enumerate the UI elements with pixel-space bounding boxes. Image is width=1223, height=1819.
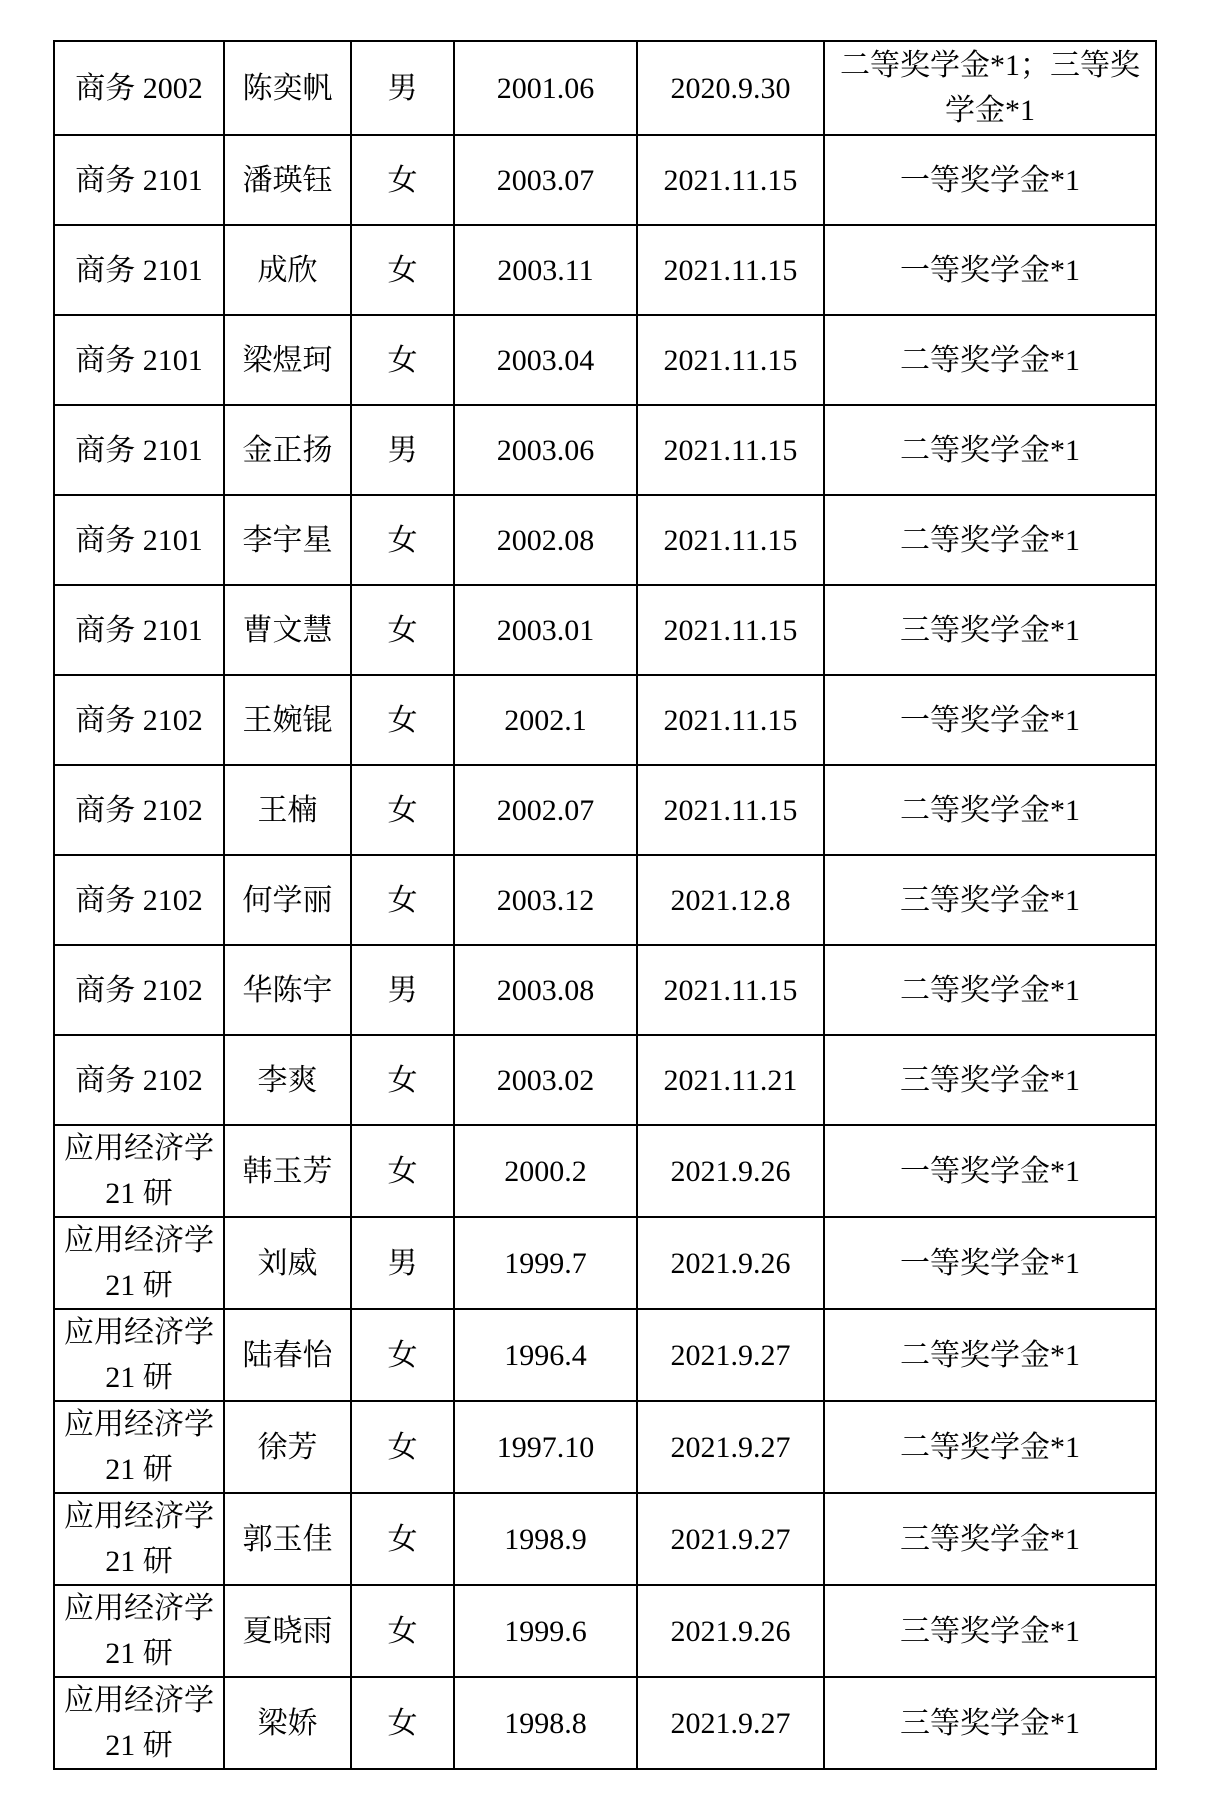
cell-name: 梁煜珂 [224,315,351,405]
cell-birth: 1997.10 [454,1401,637,1493]
cell-birth: 2003.01 [454,585,637,675]
cell-name: 韩玉芳 [224,1125,351,1217]
table-row: 应用经济学 21 研夏晓雨女1999.62021.9.26三等奖学金*1 [54,1585,1156,1677]
cell-name: 李爽 [224,1035,351,1125]
cell-date: 2021.11.15 [637,315,824,405]
cell-class: 商务 2101 [54,585,224,675]
cell-birth: 2003.04 [454,315,637,405]
cell-date: 2021.11.15 [637,225,824,315]
cell-date: 2021.11.15 [637,765,824,855]
cell-awards: 二等奖学金*1 [824,1401,1156,1493]
cell-awards: 二等奖学金*1 [824,315,1156,405]
cell-birth: 2001.06 [454,41,637,135]
cell-birth: 2002.07 [454,765,637,855]
cell-class: 商务 2101 [54,405,224,495]
table-row: 商务 2101梁煜珂女2003.042021.11.15二等奖学金*1 [54,315,1156,405]
cell-gender: 男 [351,945,454,1035]
table-row: 应用经济学 21 研梁娇女1998.82021.9.27三等奖学金*1 [54,1677,1156,1769]
cell-birth: 2003.11 [454,225,637,315]
cell-gender: 女 [351,585,454,675]
cell-birth: 2003.08 [454,945,637,1035]
cell-date: 2021.11.15 [637,495,824,585]
cell-class: 商务 2102 [54,1035,224,1125]
cell-name: 潘瑛钰 [224,135,351,225]
cell-birth: 2003.06 [454,405,637,495]
cell-name: 陈奕帆 [224,41,351,135]
cell-awards: 三等奖学金*1 [824,1493,1156,1585]
table-row: 商务 2101潘瑛钰女2003.072021.11.15一等奖学金*1 [54,135,1156,225]
table-row: 商务 2101成欣女2003.112021.11.15一等奖学金*1 [54,225,1156,315]
cell-gender: 女 [351,135,454,225]
cell-awards: 三等奖学金*1 [824,1585,1156,1677]
table-row: 应用经济学 21 研徐芳女1997.102021.9.27二等奖学金*1 [54,1401,1156,1493]
table-row: 商务 2101曹文慧女2003.012021.11.15三等奖学金*1 [54,585,1156,675]
cell-awards: 三等奖学金*1 [824,1677,1156,1769]
cell-birth: 1998.9 [454,1493,637,1585]
table-row: 商务 2101李宇星女2002.082021.11.15二等奖学金*1 [54,495,1156,585]
cell-birth: 1996.4 [454,1309,637,1401]
cell-gender: 男 [351,1217,454,1309]
cell-awards: 一等奖学金*1 [824,1217,1156,1309]
cell-date: 2021.11.15 [637,405,824,495]
cell-gender: 女 [351,315,454,405]
cell-gender: 女 [351,855,454,945]
student-awards-table: 商务 2002陈奕帆男2001.062020.9.30二等奖学金*1；三等奖学金… [53,40,1157,1770]
cell-gender: 女 [351,1677,454,1769]
table-row: 商务 2102王楠女2002.072021.11.15二等奖学金*1 [54,765,1156,855]
cell-date: 2021.12.8 [637,855,824,945]
cell-gender: 女 [351,495,454,585]
cell-gender: 男 [351,405,454,495]
table-row: 应用经济学 21 研韩玉芳女2000.22021.9.26一等奖学金*1 [54,1125,1156,1217]
table-row: 商务 2102王婉锟女2002.12021.11.15一等奖学金*1 [54,675,1156,765]
cell-gender: 女 [351,675,454,765]
cell-awards: 三等奖学金*1 [824,855,1156,945]
cell-birth: 2003.07 [454,135,637,225]
cell-awards: 一等奖学金*1 [824,135,1156,225]
cell-name: 刘威 [224,1217,351,1309]
cell-date: 2021.11.15 [637,135,824,225]
cell-name: 梁娇 [224,1677,351,1769]
cell-gender: 女 [351,1125,454,1217]
cell-name: 徐芳 [224,1401,351,1493]
cell-class: 商务 2102 [54,945,224,1035]
cell-birth: 1998.8 [454,1677,637,1769]
cell-class: 商务 2101 [54,225,224,315]
cell-name: 李宇星 [224,495,351,585]
cell-birth: 2000.2 [454,1125,637,1217]
cell-name: 王楠 [224,765,351,855]
cell-class: 应用经济学 21 研 [54,1125,224,1217]
cell-class: 应用经济学 21 研 [54,1309,224,1401]
cell-class: 应用经济学 21 研 [54,1217,224,1309]
cell-date: 2021.11.15 [637,585,824,675]
cell-awards: 二等奖学金*1 [824,495,1156,585]
cell-name: 夏晓雨 [224,1585,351,1677]
cell-class: 应用经济学 21 研 [54,1401,224,1493]
cell-class: 商务 2101 [54,495,224,585]
table-row: 商务 2101金正扬男2003.062021.11.15二等奖学金*1 [54,405,1156,495]
cell-name: 王婉锟 [224,675,351,765]
cell-name: 华陈宇 [224,945,351,1035]
cell-awards: 二等奖学金*1 [824,405,1156,495]
cell-class: 商务 2101 [54,315,224,405]
cell-birth: 2003.02 [454,1035,637,1125]
cell-class: 商务 2002 [54,41,224,135]
cell-class: 商务 2102 [54,675,224,765]
cell-class: 应用经济学 21 研 [54,1585,224,1677]
cell-date: 2021.9.27 [637,1309,824,1401]
cell-class: 商务 2101 [54,135,224,225]
cell-gender: 女 [351,1309,454,1401]
cell-name: 曹文慧 [224,585,351,675]
cell-name: 陆春怡 [224,1309,351,1401]
cell-class: 应用经济学 21 研 [54,1493,224,1585]
cell-gender: 男 [351,41,454,135]
cell-class: 商务 2102 [54,855,224,945]
cell-date: 2021.11.15 [637,945,824,1035]
cell-date: 2021.9.26 [637,1217,824,1309]
table-row: 应用经济学 21 研刘威男1999.72021.9.26一等奖学金*1 [54,1217,1156,1309]
cell-date: 2021.9.27 [637,1677,824,1769]
cell-date: 2021.9.26 [637,1585,824,1677]
cell-awards: 二等奖学金*1 [824,945,1156,1035]
cell-awards: 三等奖学金*1 [824,585,1156,675]
cell-birth: 2002.1 [454,675,637,765]
cell-birth: 2002.08 [454,495,637,585]
cell-gender: 女 [351,1585,454,1677]
table-body: 商务 2002陈奕帆男2001.062020.9.30二等奖学金*1；三等奖学金… [54,41,1156,1769]
cell-date: 2021.9.26 [637,1125,824,1217]
cell-awards: 三等奖学金*1 [824,1035,1156,1125]
cell-gender: 女 [351,1035,454,1125]
cell-class: 商务 2102 [54,765,224,855]
table-row: 应用经济学 21 研陆春怡女1996.42021.9.27二等奖学金*1 [54,1309,1156,1401]
cell-birth: 1999.7 [454,1217,637,1309]
cell-date: 2021.11.21 [637,1035,824,1125]
cell-birth: 2003.12 [454,855,637,945]
cell-gender: 女 [351,1401,454,1493]
cell-date: 2021.11.15 [637,675,824,765]
cell-awards: 二等奖学金*1 [824,765,1156,855]
cell-awards: 一等奖学金*1 [824,1125,1156,1217]
cell-date: 2020.9.30 [637,41,824,135]
cell-gender: 女 [351,1493,454,1585]
table-row: 应用经济学 21 研郭玉佳女1998.92021.9.27三等奖学金*1 [54,1493,1156,1585]
cell-date: 2021.9.27 [637,1401,824,1493]
cell-awards: 二等奖学金*1；三等奖学金*1 [824,41,1156,135]
document-page: 商务 2002陈奕帆男2001.062020.9.30二等奖学金*1；三等奖学金… [0,0,1223,1819]
table-row: 商务 2002陈奕帆男2001.062020.9.30二等奖学金*1；三等奖学金… [54,41,1156,135]
cell-name: 郭玉佳 [224,1493,351,1585]
cell-gender: 女 [351,225,454,315]
cell-awards: 一等奖学金*1 [824,675,1156,765]
cell-awards: 二等奖学金*1 [824,1309,1156,1401]
cell-birth: 1999.6 [454,1585,637,1677]
cell-name: 成欣 [224,225,351,315]
cell-gender: 女 [351,765,454,855]
cell-class: 应用经济学 21 研 [54,1677,224,1769]
table-row: 商务 2102何学丽女2003.122021.12.8三等奖学金*1 [54,855,1156,945]
cell-date: 2021.9.27 [637,1493,824,1585]
cell-name: 何学丽 [224,855,351,945]
table-row: 商务 2102华陈宇男2003.082021.11.15二等奖学金*1 [54,945,1156,1035]
cell-awards: 一等奖学金*1 [824,225,1156,315]
cell-name: 金正扬 [224,405,351,495]
table-row: 商务 2102李爽女2003.022021.11.21三等奖学金*1 [54,1035,1156,1125]
